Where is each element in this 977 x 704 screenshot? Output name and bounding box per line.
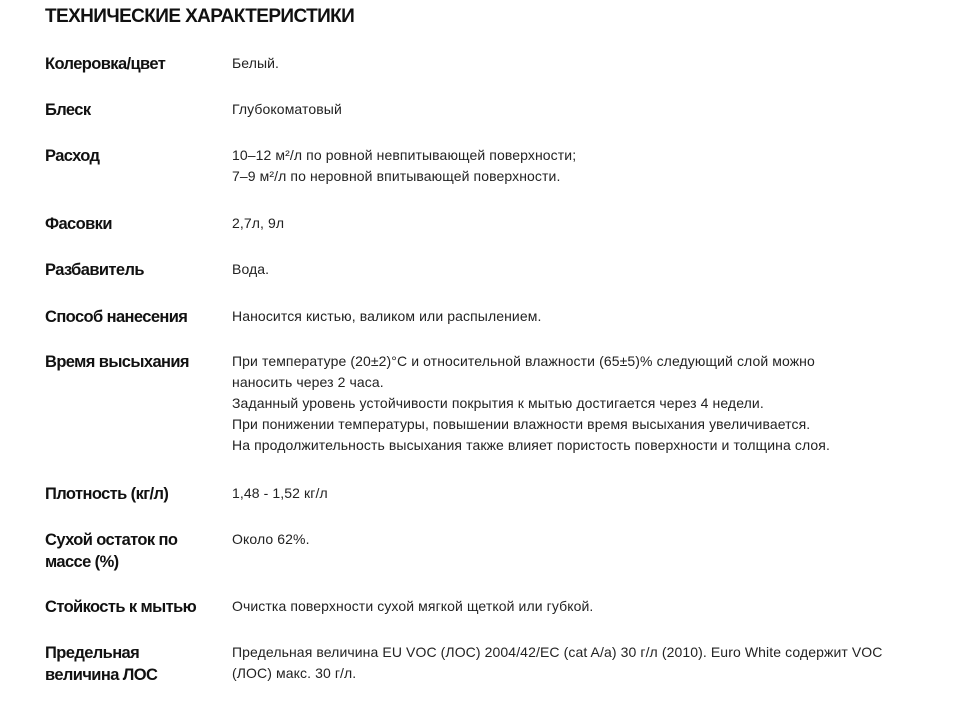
value-line: 2,7л, 9л — [232, 213, 937, 234]
value-line: 10–12 м²/л по ровной невпитывающей повер… — [232, 145, 937, 166]
value-line: Около 62%. — [232, 529, 937, 550]
spec-value: 10–12 м²/л по ровной невпитывающей повер… — [232, 145, 937, 187]
spec-value: Предельная величина EU VOC (ЛОС) 2004/42… — [232, 642, 952, 684]
page-title: ТЕХНИЧЕСКИЕ ХАРАКТЕРИСТИКИ — [45, 6, 354, 28]
spec-label: Расход — [45, 145, 215, 167]
value-line: 7–9 м²/л по неровной впитывающей поверхн… — [232, 166, 937, 187]
value-line: наносить через 2 часа. — [232, 372, 937, 393]
value-line: На продолжительность высыхания также вли… — [232, 435, 937, 456]
spec-label: Стойкость к мытью — [45, 596, 215, 618]
spec-value: 2,7л, 9л — [232, 213, 937, 234]
value-line: Вода. — [232, 259, 937, 280]
spec-label: Колеровка/цвет — [45, 53, 215, 75]
value-line: Глубокоматовый — [232, 99, 937, 120]
spec-label: Плотность (кг/л) — [45, 483, 215, 505]
value-line: Заданный уровень устойчивости покрытия к… — [232, 393, 937, 414]
value-line: Наносится кистью, валиком или распыление… — [232, 306, 937, 327]
spec-value: Очистка поверхности сухой мягкой щеткой … — [232, 596, 937, 617]
value-line: Предельная величина EU VOC (ЛОС) 2004/42… — [232, 642, 952, 663]
spec-label: Способ нанесения — [45, 306, 215, 328]
value-line: Белый. — [232, 53, 937, 74]
spec-value: Около 62%. — [232, 529, 937, 550]
value-line: При температуре (20±2)°С и относительной… — [232, 351, 937, 372]
spec-value: Наносится кистью, валиком или распыление… — [232, 306, 937, 327]
spec-value: Белый. — [232, 53, 937, 74]
spec-value: При температуре (20±2)°С и относительной… — [232, 351, 937, 456]
value-line: При понижении температуры, повышении вла… — [232, 414, 937, 435]
spec-label: Предельная величина ЛОС — [45, 642, 215, 686]
spec-label: Блеск — [45, 99, 215, 121]
spec-label: Время высыхания — [45, 351, 215, 373]
spec-value: Вода. — [232, 259, 937, 280]
spec-label: Разбавитель — [45, 259, 215, 281]
spec-value: 1,48 - 1,52 кг/л — [232, 483, 937, 504]
spec-label: Сухой остаток по массе (%) — [45, 529, 215, 573]
spec-value: Глубокоматовый — [232, 99, 937, 120]
value-line: Очистка поверхности сухой мягкой щеткой … — [232, 596, 937, 617]
spec-label: Фасовки — [45, 213, 215, 235]
value-line: 1,48 - 1,52 кг/л — [232, 483, 937, 504]
value-line: (ЛОС) макс. 30 г/л. — [232, 663, 952, 684]
